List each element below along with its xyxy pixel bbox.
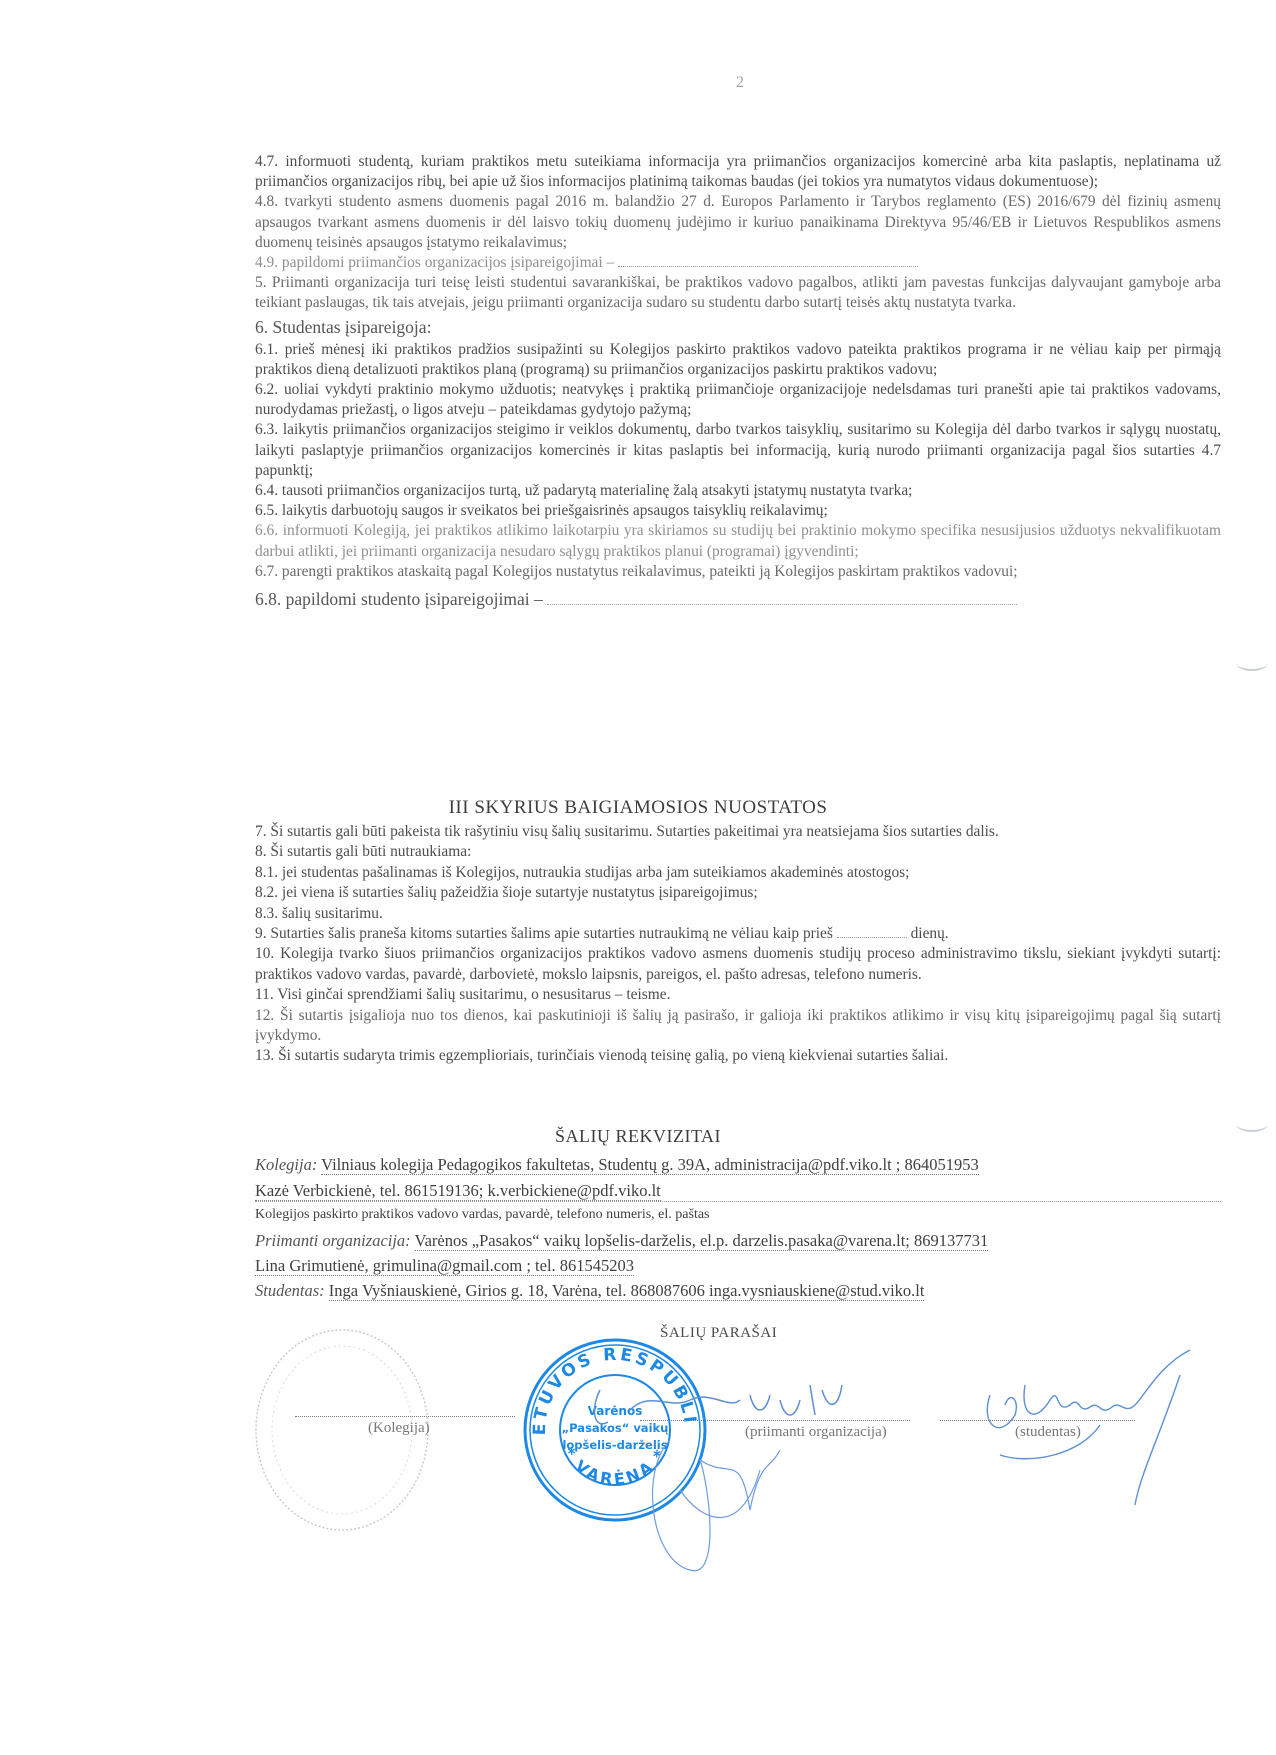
org-label: Priimanti organizacija: bbox=[255, 1231, 411, 1250]
clause-6-7: 6.7. parengti praktikos ataskaitą pagal … bbox=[255, 562, 1221, 582]
kolegija-value: Vilniaus kolegija Pedagogikos fakultetas… bbox=[321, 1155, 979, 1175]
clause-8-1: 8.1. jei studentas pašalinamas iš Kolegi… bbox=[255, 863, 1221, 883]
scan-mark-icon bbox=[1236, 655, 1268, 671]
section-title: III SKYRIUS BAIGIAMOSIOS NUOSTATOS bbox=[0, 797, 1276, 819]
clause-8: 8. Ši sutartis gali būti nutraukiama: bbox=[255, 842, 1221, 862]
kolegija-signature-line bbox=[295, 1416, 515, 1417]
clause-9-suffix: dienų. bbox=[911, 925, 949, 942]
scan-mark-icon bbox=[1236, 1116, 1268, 1132]
blank-field bbox=[837, 936, 907, 938]
requisites-org: Priimanti organizacija: Varėnos „Pasakos… bbox=[255, 1231, 1221, 1251]
kolegija-caption: Kolegijos paskirto praktikos vadovo vard… bbox=[255, 1207, 710, 1223]
requisites-kolegija: Kolegija: Vilniaus kolegija Pedagogikos … bbox=[255, 1155, 1221, 1175]
page-number: 2 bbox=[736, 74, 744, 92]
clause-12: 12. Ši sutartis įsigalioja nuo tos dieno… bbox=[255, 1006, 1221, 1047]
org-signature-scribble-icon bbox=[560, 1370, 880, 1580]
org-supervisor: Lina Grimutienė, grimulina@gmail.com ; t… bbox=[255, 1256, 634, 1276]
blank-field bbox=[547, 603, 1017, 605]
kolegija-signature-label: (Kolegija) bbox=[368, 1420, 430, 1437]
kolegija-supervisor: Kazė Verbickienė, tel. 861519136; k.verb… bbox=[255, 1181, 661, 1201]
blank-field bbox=[618, 265, 918, 267]
requisites-student: Studentas: Inga Vyšniauskienė, Girios g.… bbox=[255, 1281, 1221, 1301]
clause-5: 5. Priimanti organizacija turi teisę lei… bbox=[255, 273, 1221, 313]
requisites-kolegija-supervisor: Kazė Verbickienė, tel. 861519136; k.verb… bbox=[255, 1181, 1221, 1201]
divider bbox=[255, 1201, 1221, 1202]
requisites-title: ŠALIŲ REKVIZITAI bbox=[0, 1126, 1276, 1147]
kolegija-label: Kolegija: bbox=[255, 1155, 317, 1174]
clause-6-8-text: 6.8. papildomi studento įsipareigojimai … bbox=[255, 589, 543, 609]
clause-4-9: 4.9. papildomi priimančios organizacijos… bbox=[255, 253, 1221, 273]
clause-9-text: 9. Sutarties šalis praneša kitoms sutart… bbox=[255, 925, 833, 942]
clause-6-1: 6.1. prieš mėnesį iki praktikos pradžios… bbox=[255, 340, 1221, 380]
clause-4-7: 4.7. informuoti studentą, kuriam praktik… bbox=[255, 152, 1221, 192]
clause-7: 7. Ši sutartis gali būti pakeista tik ra… bbox=[255, 822, 1221, 842]
clause-6-4: 6.4. tausoti priimančios organizacijos t… bbox=[255, 481, 1221, 501]
org-value: Varėnos „Pasakos“ vaikų lopšelis-darželi… bbox=[415, 1231, 989, 1251]
clause-4-9-text: 4.9. papildomi priimančios organizacijos… bbox=[255, 254, 614, 271]
clause-4-8: 4.8. tvarkyti studento asmens duomenis p… bbox=[255, 192, 1221, 253]
student-label: Studentas: bbox=[255, 1281, 325, 1300]
clause-11: 11. Visi ginčai sprendžiami šalių susita… bbox=[255, 985, 1221, 1005]
clause-6-3: 6.3. laikytis priimančios organizacijos … bbox=[255, 420, 1221, 481]
requisites-org-supervisor: Lina Grimutienė, grimulina@gmail.com ; t… bbox=[255, 1256, 1221, 1276]
clause-6-8: 6.8. papildomi studento įsipareigojimai … bbox=[255, 586, 1221, 612]
contract-body: 4.7. informuoti studentą, kuriam praktik… bbox=[255, 152, 1221, 612]
clause-10: 10. Kolegija tvarko šiuos priimančios or… bbox=[255, 944, 1221, 985]
student-heading: 6. Studentas įsipareigoja: bbox=[255, 314, 1221, 340]
clause-6-2: 6.2. uoliai vykdyti praktinio mokymo užd… bbox=[255, 380, 1221, 420]
clause-8-3: 8.3. šalių susitarimu. bbox=[255, 904, 1221, 924]
student-signature-scribble-icon bbox=[960, 1345, 1200, 1515]
clause-9: 9. Sutarties šalis praneša kitoms sutart… bbox=[255, 924, 1221, 944]
clause-8-2: 8.2. jei viena iš sutarties šalių pažeid… bbox=[255, 883, 1221, 903]
clause-6-5: 6.5. laikytis darbuotojų saugos ir sveik… bbox=[255, 501, 1221, 521]
clause-13: 13. Ši sutartis sudaryta trimis egzempli… bbox=[255, 1046, 1221, 1066]
final-provisions: 7. Ši sutartis gali būti pakeista tik ra… bbox=[255, 822, 1221, 1067]
student-value: Inga Vyšniauskienė, Girios g. 18, Varėna… bbox=[329, 1281, 925, 1301]
clause-6-6: 6.6. informuoti Kolegiją, jei praktikos … bbox=[255, 521, 1221, 561]
